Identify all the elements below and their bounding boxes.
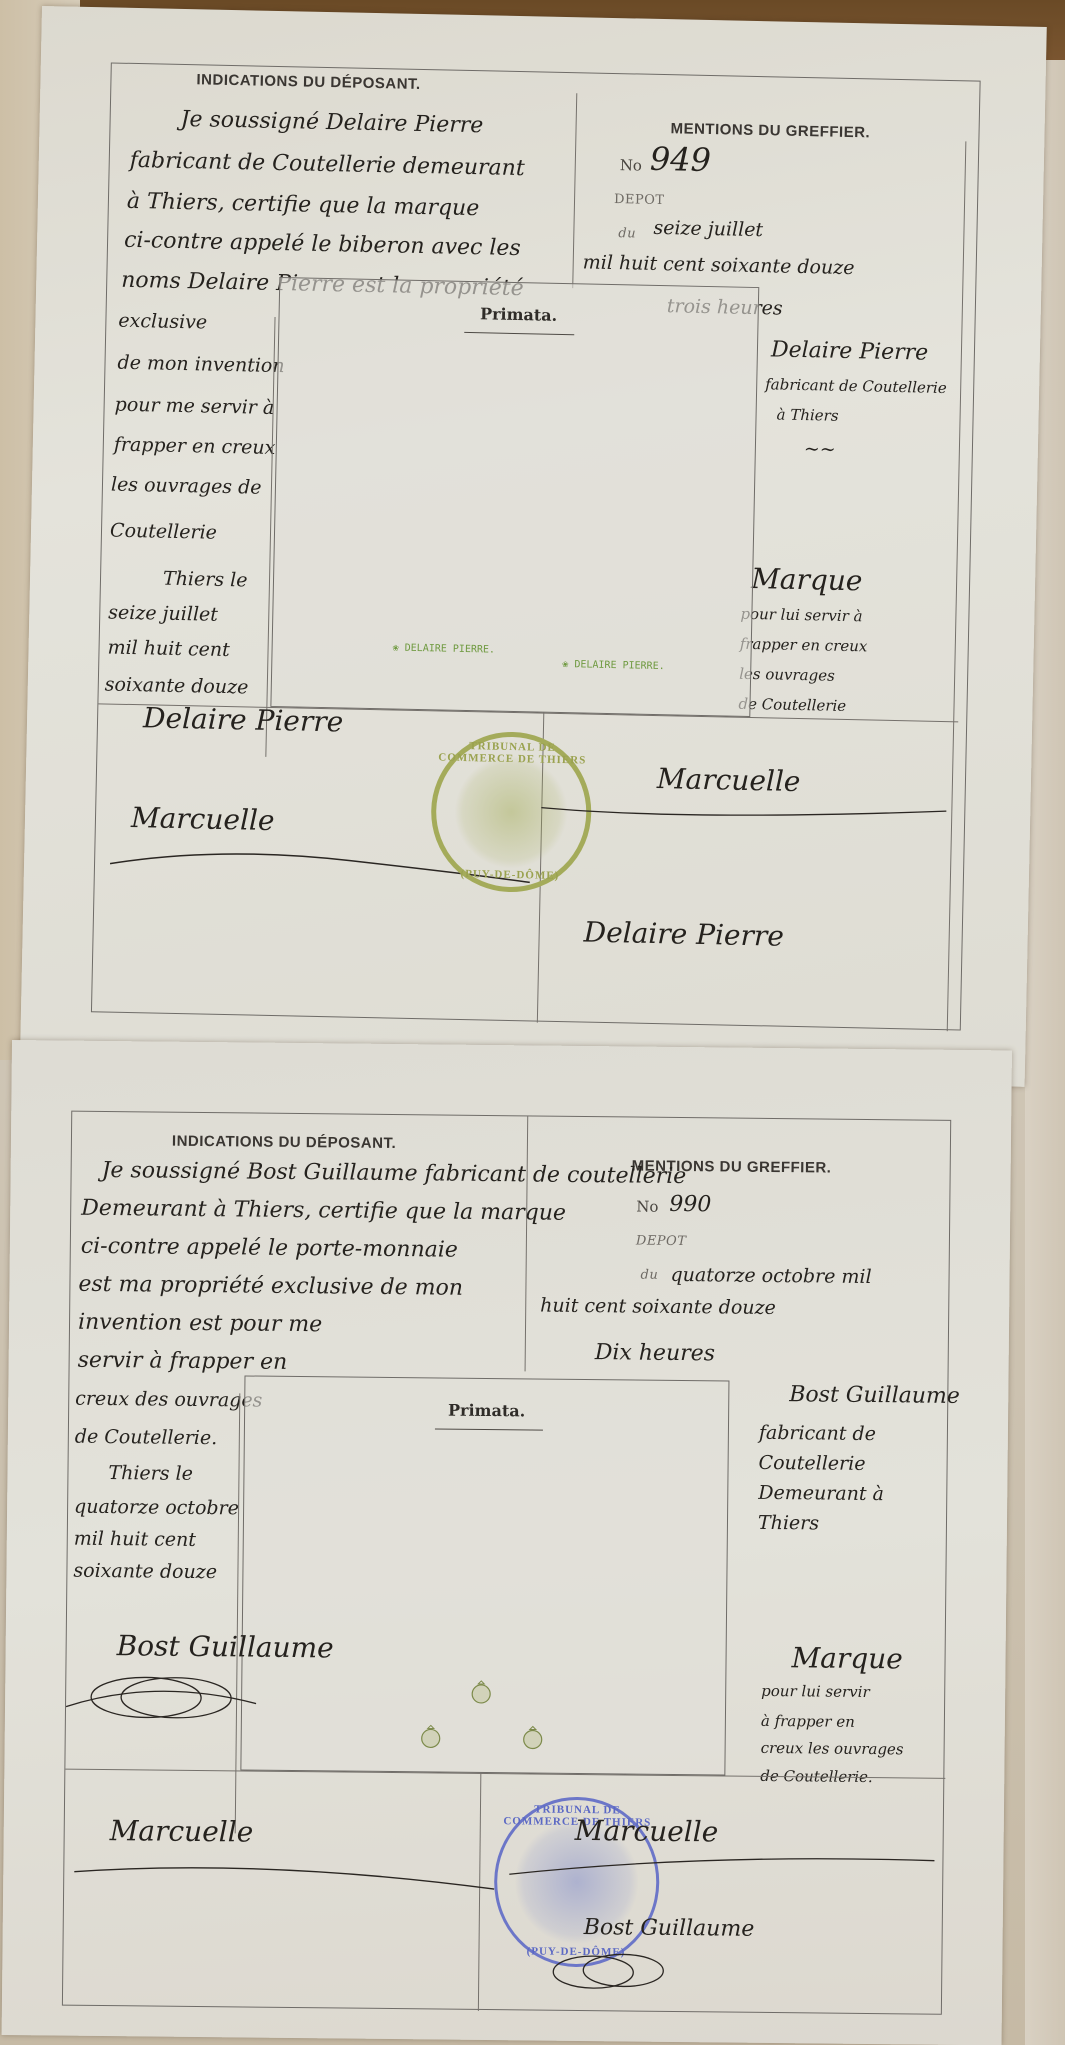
marque-usage-line: les ouvrages	[739, 667, 835, 684]
register-sheet-949: INDICATIONS DU DÉPOSANT. MENTIONS DU GRE…	[20, 6, 1047, 1087]
declaration-line: invention est pour me	[78, 1312, 322, 1337]
purse-mark-icon	[470, 1679, 492, 1705]
register-sheet-990: INDICATIONS DU DÉPOSANT. MENTIONS DU GRE…	[2, 1040, 1012, 2045]
marque-usage-line: à frapper en	[761, 1714, 855, 1730]
declaration-line: quatorze octobre	[74, 1498, 239, 1519]
signature-flourish	[66, 1662, 267, 1734]
declaration-line: de mon invention	[117, 354, 284, 376]
declaration-line: à Thiers, certifie que la marque	[127, 191, 480, 220]
depositor-name: Bost Guillaume	[789, 1384, 960, 1408]
depositor-line: fabricant de	[759, 1424, 876, 1444]
deposit-date-line: mil huit cent soixante douze	[583, 253, 855, 278]
mark-impression-biberon: ❀ DELAIRE PIERRE.	[393, 642, 496, 655]
declaration-line: mil huit cent	[107, 639, 230, 661]
declaration-line: servir à frapper en	[78, 1350, 288, 1374]
declaration-line: soixante douze	[73, 1562, 217, 1583]
declaration-line: de Coutellerie.	[75, 1428, 218, 1448]
deposit-number: 990	[669, 1194, 711, 1216]
declaration-line: creux des ouvrages	[75, 1390, 262, 1411]
declaration-line: mil huit cent	[74, 1530, 196, 1550]
depositor-line: Demeurant à	[758, 1484, 884, 1504]
declaration-line: les ouvrages de	[111, 476, 262, 498]
declaration-line: fabricant de Coutellerie demeurant	[130, 150, 525, 180]
marque-usage-line: pour lui servir	[761, 1684, 870, 1700]
depositor-signature: Bost Guillaume	[117, 1632, 334, 1662]
purse-mark-icon	[420, 1723, 442, 1749]
column-divider	[572, 93, 577, 288]
deposit-time: Dix heures	[595, 1342, 715, 1365]
primata-title: Primata.	[279, 300, 757, 329]
depositant-heading: INDICATIONS DU DÉPOSANT.	[196, 71, 421, 93]
deposit-form-frame: INDICATIONS DU DÉPOSANT. MENTIONS DU GRE…	[91, 62, 981, 1030]
depot-label: DEPOT	[614, 192, 665, 208]
depositor-signature: Delaire Pierre	[583, 919, 784, 951]
depositant-heading: INDICATIONS DU DÉPOSANT.	[172, 1133, 396, 1152]
declaration-line: Je soussigné Delaire Pierre	[180, 109, 483, 137]
declaration-line: soixante douze	[105, 675, 249, 697]
greffier-signature: Marcuelle	[575, 1817, 719, 1847]
declaration-line: pour me servir à	[114, 396, 274, 418]
greffier-signature: Marcuelle	[657, 765, 801, 796]
signature-flourish	[533, 1942, 714, 2004]
right-border-line	[947, 141, 967, 1031]
number-label: No	[620, 156, 643, 174]
purse-mark-icon	[522, 1724, 544, 1750]
declaration-line: ci-contre appelé le porte-monnaie	[81, 1236, 458, 1262]
signature-flourish	[64, 1847, 504, 1902]
signature-flourish	[536, 793, 957, 842]
depositor-line: Coutellerie	[759, 1454, 866, 1474]
marque-title: Marque	[751, 565, 863, 595]
biberon-icon: ❀	[393, 642, 399, 653]
declaration-line: Thiers le	[163, 570, 248, 591]
primata-underline	[464, 332, 574, 335]
depositor-trade: fabricant de Coutellerie	[765, 377, 947, 396]
greffier-signature: Marcuelle	[110, 1817, 254, 1847]
marque-usage-line: frapper en creux	[740, 637, 868, 655]
marque-usage-line: de Coutellerie	[738, 697, 846, 714]
declaration-line: Je soussigné Bost Guillaume fabricant de…	[102, 1160, 687, 1188]
primata-box: Primata. ❀ DELAIRE PIERRE. ❀ DELAIRE PIE…	[270, 277, 759, 717]
biberon-icon: ❀	[562, 659, 568, 670]
column-divider	[525, 1116, 529, 1371]
depositor-name: Delaire Pierre	[771, 339, 929, 364]
signature-flourish	[504, 1846, 944, 1891]
declaration-line: Coutellerie	[110, 522, 217, 543]
mark-impression-biberon: ❀ DELAIRE PIERRE.	[562, 659, 665, 672]
declaration-line: seize juillet	[108, 604, 218, 625]
marque-usage-line: creux les ouvrages	[761, 1741, 904, 1757]
primata-underline	[435, 1428, 543, 1430]
depositor-town: à Thiers	[776, 407, 838, 423]
declaration-line: Thiers le	[108, 1464, 193, 1484]
deposit-form-frame: INDICATIONS DU DÉPOSANT. MENTIONS DU GRE…	[62, 1111, 951, 2015]
number-label: No	[636, 1198, 658, 1216]
deposit-date-line: huit cent soixante douze	[540, 1297, 776, 1318]
deposit-date-line: seize juillet	[653, 219, 763, 240]
declaration-line: ci-contre appelé le biberon avec les	[124, 230, 521, 260]
du-label: du	[618, 226, 636, 241]
marque-usage-line: pour lui servir à	[740, 607, 862, 625]
marque-title: Marque	[791, 1644, 903, 1673]
deposit-number: 949	[650, 143, 712, 176]
depositor-town: Thiers	[758, 1514, 819, 1534]
declaration-line: Demeurant à Thiers, certifie que la marq…	[81, 1198, 566, 1225]
flourish-tilde: ~~	[804, 440, 836, 460]
declaration-line: est ma propriété exclusive de mon	[78, 1274, 463, 1300]
depositor-signature: Bost Guillaume	[584, 1917, 755, 1941]
depositor-signature: Delaire Pierre	[143, 704, 344, 736]
depot-label: DEPOT	[636, 1234, 687, 1250]
greffier-heading: MENTIONS DU GREFFIER.	[670, 120, 870, 141]
greffier-signature: Marcuelle	[131, 804, 275, 835]
declaration-line: frapper en creux	[114, 436, 276, 458]
primata-box: Primata.	[240, 1375, 729, 1775]
deposit-date-line: quatorze octobre mil	[670, 1266, 871, 1287]
primata-title: Primata.	[245, 1398, 728, 1422]
declaration-line: exclusive	[118, 312, 207, 333]
du-label: du	[640, 1268, 658, 1283]
